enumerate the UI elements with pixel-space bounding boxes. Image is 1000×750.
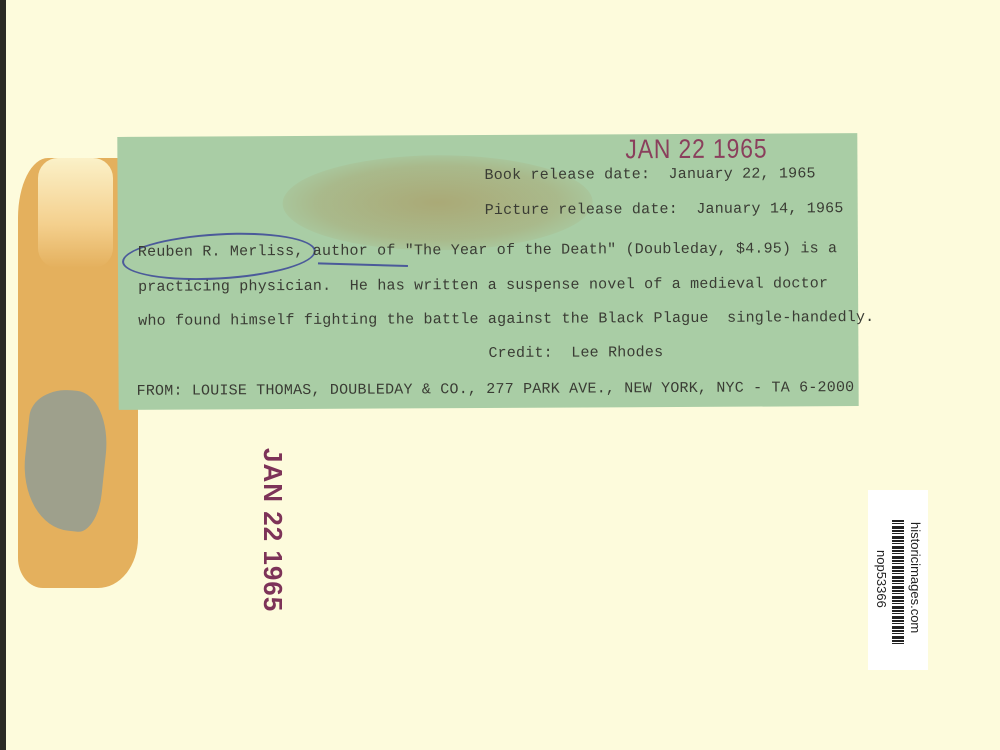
vertical-date-stamp: JAN 22 1965 xyxy=(257,448,288,612)
caption-slip: JAN 22 1965 Book release date: January 2… xyxy=(117,133,858,410)
book-release-date: Book release date: January 22, 1965 xyxy=(484,165,815,184)
barcode-id: nop53366 xyxy=(874,550,889,608)
credit-line: Credit: Lee Rhodes xyxy=(488,344,663,362)
photo-edge xyxy=(0,0,6,750)
date-stamp: JAN 22 1965 xyxy=(625,134,767,166)
pen-underline xyxy=(318,262,408,267)
caption-line-2: practicing physician. He has written a s… xyxy=(138,275,828,296)
barcode-label: historicimages.com nop53366 xyxy=(868,490,928,670)
barcode-site: historicimages.com xyxy=(908,522,923,633)
from-line: FROM: LOUISE THOMAS, DOUBLEDAY & CO., 27… xyxy=(137,379,855,400)
caption-line-3: who found himself fighting the battle ag… xyxy=(138,309,874,330)
barcode-icon xyxy=(892,520,904,645)
caption-line-1: Reuben R. Merliss, author of "The Year o… xyxy=(138,240,837,261)
picture-release-date: Picture release date: January 14, 1965 xyxy=(485,200,844,219)
